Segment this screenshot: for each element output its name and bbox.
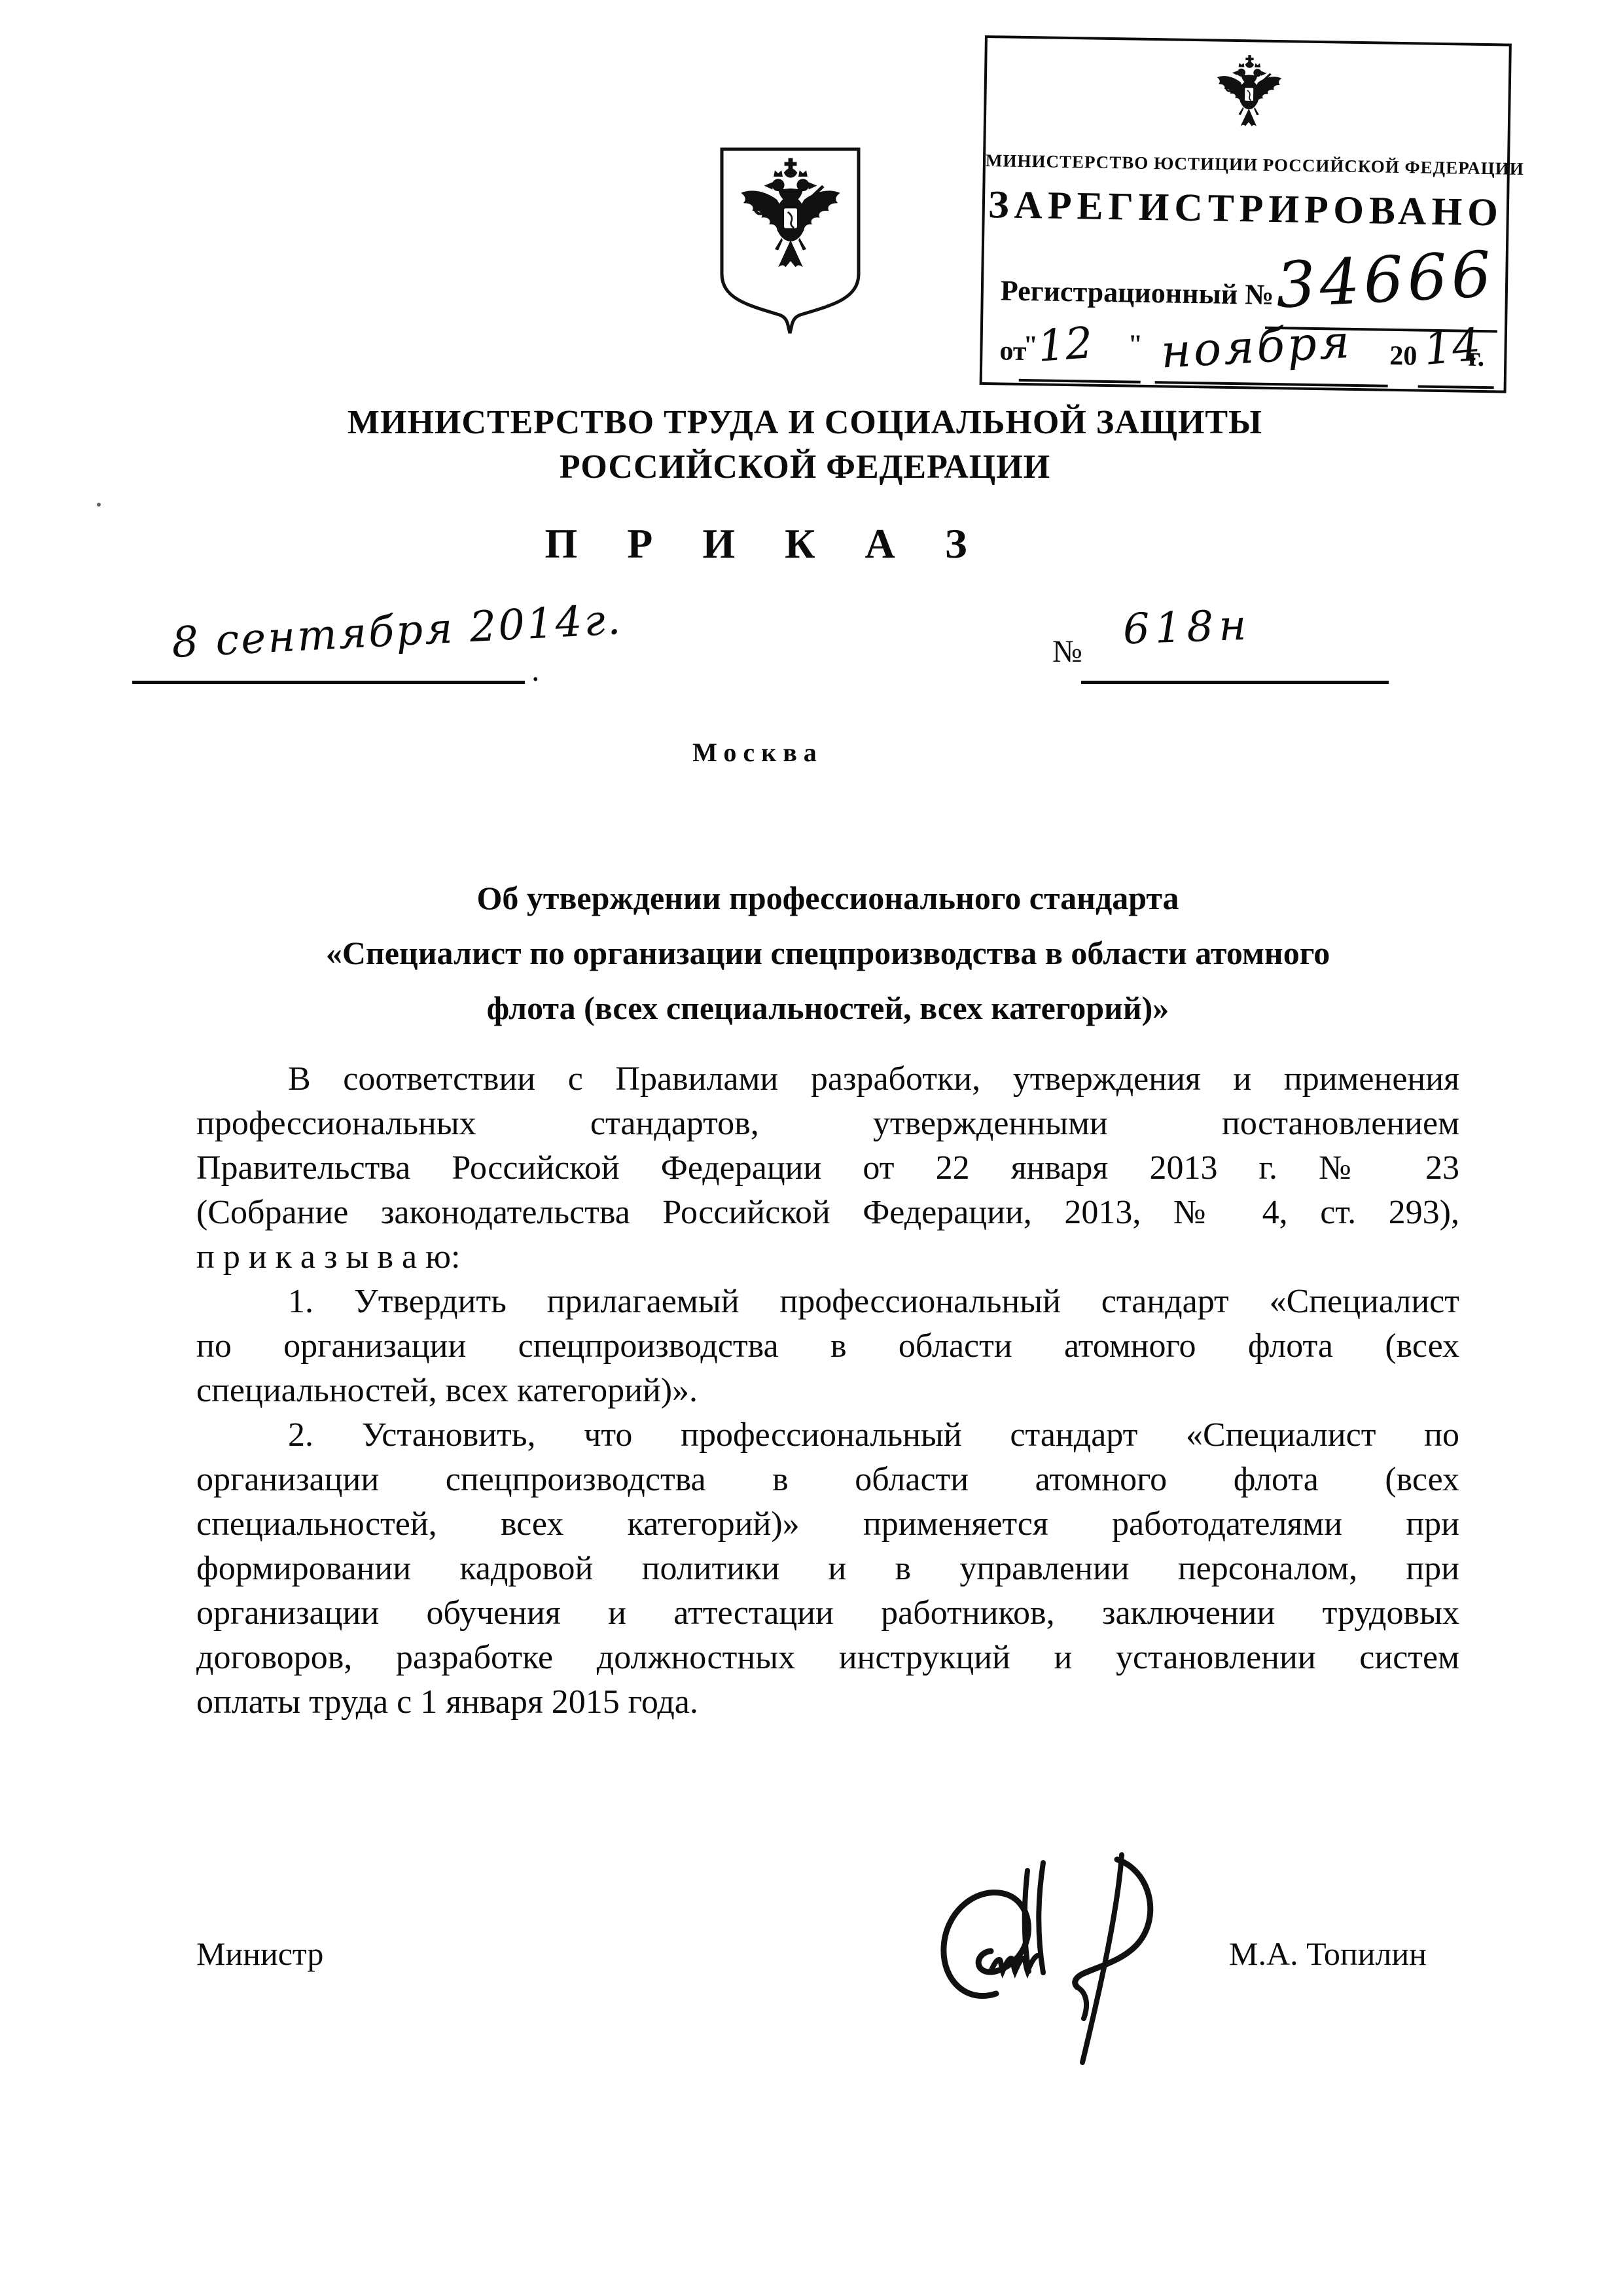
signer-name: М.А. Топилин	[1229, 1935, 1427, 1973]
stamp-month-underline	[1155, 381, 1388, 387]
document-page: { "page": { "paper_color": "#ffffff", "i…	[0, 0, 1623, 2296]
doc-type-title: П Р И К А З	[0, 520, 1531, 568]
body-line: специальностей, всех категорий)» применя…	[196, 1502, 1459, 1547]
body-line: специальностей, всех категорий)».	[196, 1369, 1459, 1413]
body-line: по организации спецпроизводства в област…	[196, 1324, 1459, 1369]
handwritten-number: 618н	[1122, 601, 1253, 655]
body-line: (Собрание законодательства Российской Фе…	[196, 1191, 1459, 1235]
body-text: В соответствии с Правилами разработки, у…	[196, 1057, 1459, 1725]
subject-line1: Об утверждении профессионального стандар…	[196, 870, 1459, 925]
stamp-date-row: от " 12 " ноября 20 14 г.	[999, 325, 1497, 391]
ministry-title-line2: РОССИЙСКОЙ ФЕДЕРАЦИИ	[0, 445, 1610, 490]
stamp-date-day: 12	[1036, 317, 1094, 372]
stamp-reg-number-label: Регистрационный №	[1000, 274, 1274, 312]
signature-icon	[918, 1843, 1245, 2069]
body-line: 2. Установить, что профессиональный стан…	[196, 1413, 1459, 1458]
scan-speck	[97, 503, 101, 507]
coat-of-arms-icon	[717, 145, 864, 335]
body-line: 1. Утвердить прилагаемый профессиональны…	[196, 1280, 1459, 1324]
city-label: Москва	[0, 737, 1516, 768]
body-line: профессиональных стандартов, утвержденны…	[196, 1102, 1459, 1146]
subject-line3: флота (всех специальностей, всех категор…	[196, 980, 1459, 1035]
stamp-ministry-line: МИНИСТЕРСТВО ЮСТИЦИИ РОССИЙСКОЙ ФЕДЕРАЦИ…	[986, 151, 1507, 179]
ministry-title-line1: МИНИСТЕРСТВО ТРУДА И СОЦИАЛЬНОЙ ЗАЩИТЫ	[0, 401, 1610, 445]
subject-line2: «Специалист по организации спецпроизводс…	[196, 925, 1459, 980]
body-line: договоров, разработке должностных инстру…	[196, 1636, 1459, 1680]
body-line: оплаты труда с 1 января 2015 года.	[196, 1680, 1459, 1725]
stamp-date-suffix: г.	[1468, 342, 1485, 373]
body-line: В соответствии с Правилами разработки, у…	[196, 1057, 1459, 1102]
subject-heading: Об утверждении профессионального стандар…	[196, 870, 1459, 1035]
date-period: .	[531, 651, 540, 689]
stamp-eagle-icon	[1212, 50, 1287, 141]
handwritten-date: 8 сентября 2014г.	[171, 596, 624, 668]
stamp-registered-label: ЗАРЕГИСТРИРОВАНО	[984, 182, 1507, 236]
date-number-row: 8 сентября 2014г. . № 618н	[131, 607, 1518, 696]
body-line: организации обучения и аттестации работн…	[196, 1591, 1459, 1636]
body-line: п р и к а з ы в а ю:	[196, 1235, 1459, 1280]
stamp-quote-open: "	[1023, 329, 1038, 360]
registration-stamp: МИНИСТЕРСТВО ЮСТИЦИИ РОССИЙСКОЙ ФЕДЕРАЦИ…	[980, 35, 1512, 393]
body-line: организации спецпроизводства в области а…	[196, 1458, 1459, 1502]
number-label: №	[1052, 634, 1082, 670]
ministry-title: МИНИСТЕРСТВО ТРУДА И СОЦИАЛЬНОЙ ЗАЩИТЫ Р…	[0, 401, 1610, 490]
body-line: Правительства Российской Федерации от 22…	[196, 1146, 1459, 1191]
body-line: формировании кадровой политики и в управ…	[196, 1547, 1459, 1591]
stamp-year-printed: 20	[1389, 340, 1418, 372]
stamp-date-month: ноября	[1160, 315, 1353, 379]
number-underline	[1081, 681, 1389, 684]
date-underline	[132, 681, 525, 684]
minister-title: Министр	[196, 1935, 323, 1973]
stamp-reg-number-value: 34666	[1274, 238, 1497, 323]
stamp-year-underline	[1418, 385, 1494, 389]
stamp-quote-close: "	[1128, 328, 1143, 359]
stamp-day-underline	[1019, 379, 1141, 384]
